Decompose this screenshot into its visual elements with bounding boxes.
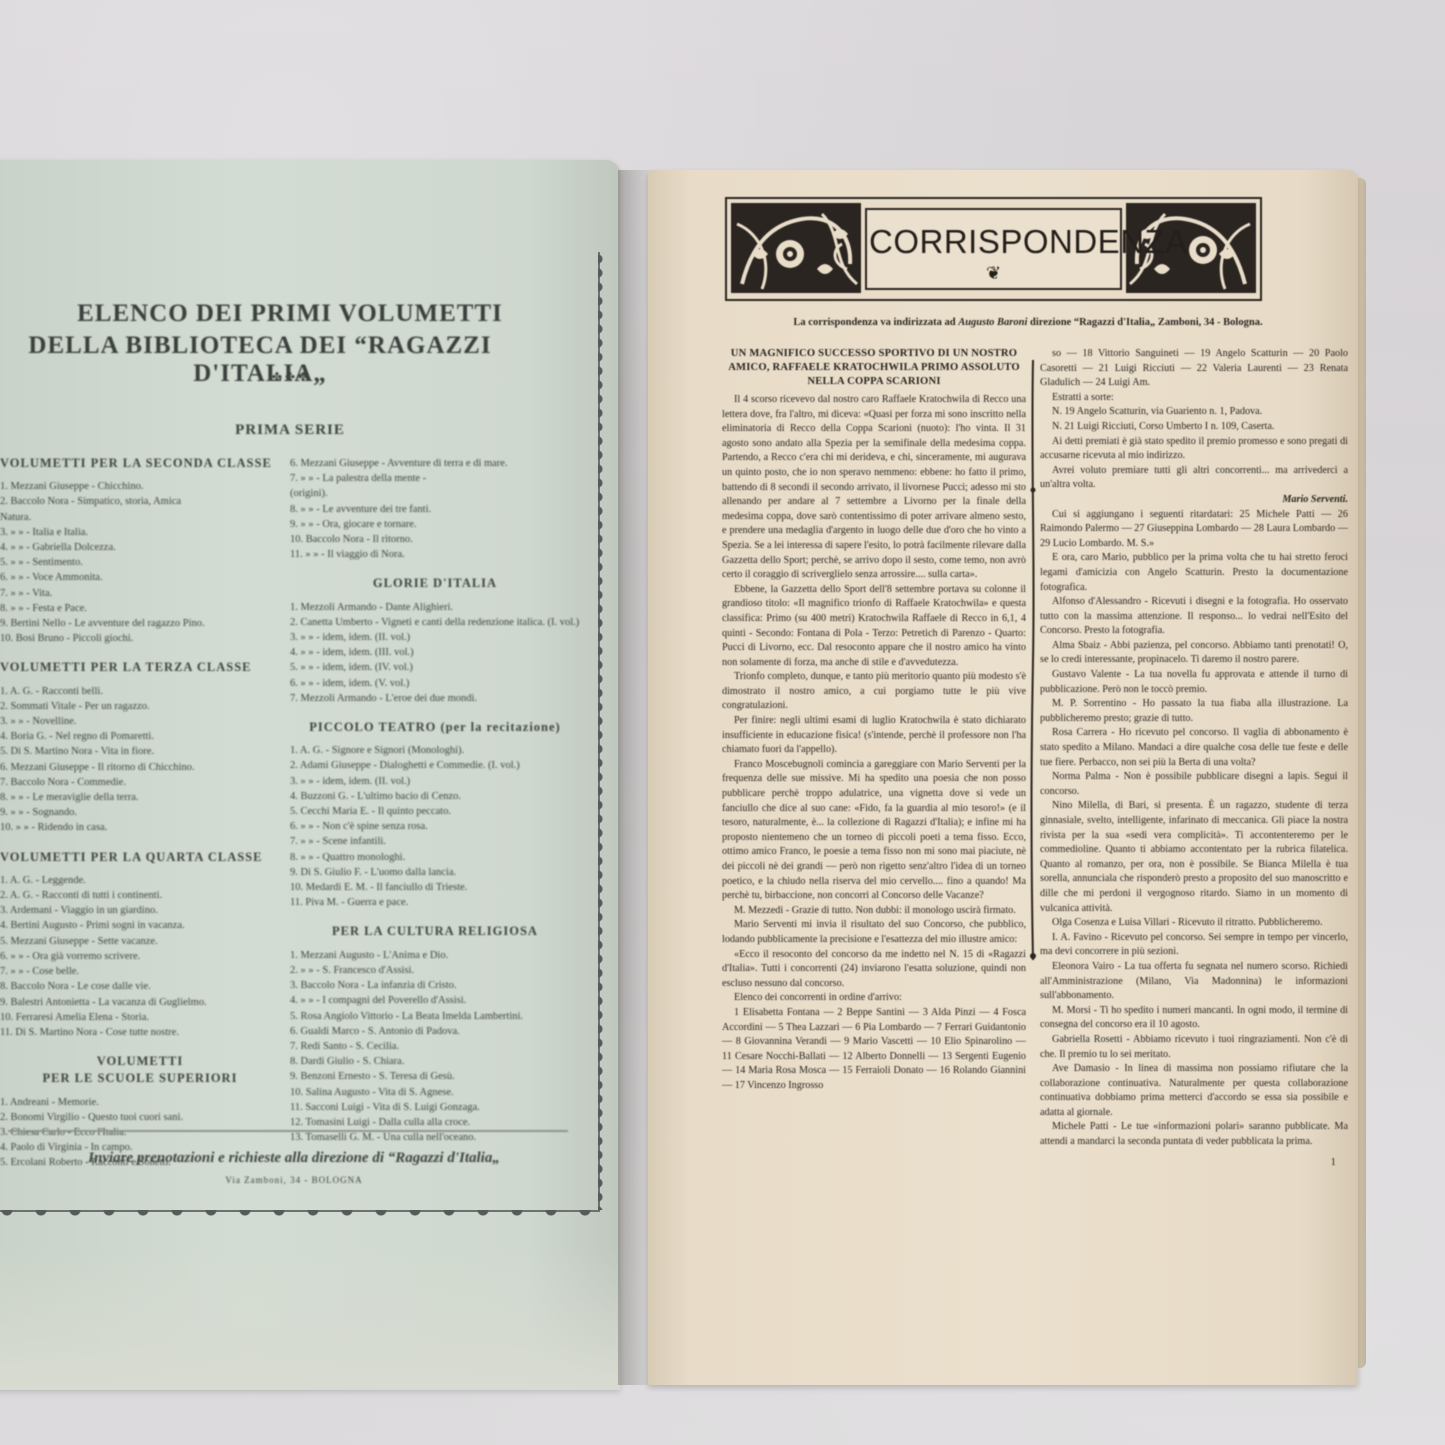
- book-list-item: 4. » » - idem, idem. (III. vol.): [290, 645, 580, 660]
- section-title: CORRISPONDENZA: [869, 223, 1118, 261]
- book-list-item: 1. A. G. - Leggende.: [0, 873, 280, 888]
- footer-order-info: Inviare prenotazioni e richieste alla di…: [0, 1150, 598, 1167]
- letter-paragraph: Alma Sbaiz - Abbi pazienza, pel concorso…: [1040, 639, 1348, 668]
- book-list-item: 11. Piva M. - Guerra e pace.: [290, 895, 580, 910]
- book-list-item: 7. » » - Cose belle.: [0, 964, 280, 979]
- section-heading: VOLUMETTI PER LA SECONDA CLASSE: [0, 456, 280, 471]
- book-list-item: 8. » » - Le avventure dei tre fanti.: [290, 502, 580, 517]
- book-list-item: 7. Redi Santo - S. Cecilia.: [290, 1039, 580, 1054]
- section-heading: VOLUMETTI: [0, 1054, 280, 1069]
- book-list-item: 10. » » - Ridendo in casa.: [0, 820, 280, 835]
- letter-paragraph: Ai detti premiati è già stato spedito il…: [1040, 435, 1348, 464]
- book-list-item: 10. Bosi Bruno - Piccoli giochi.: [0, 631, 280, 646]
- book-list-item: 9. Bertini Nello - Le avventure del raga…: [0, 616, 280, 631]
- signature: Mario Serventi.: [1040, 493, 1348, 508]
- book-list-item: 2. Baccolo Nora - Simpatico, storia, Ami…: [0, 494, 280, 509]
- list-footer: Inviare prenotazioni e richieste alla di…: [0, 1150, 598, 1185]
- left-page-content: ELENCO DEI PRIMI VOLUMETTI DELLA BIBLIOT…: [0, 160, 590, 1390]
- book-list-item: 1. A. G. - Signore e Signori (Monologhi)…: [290, 743, 580, 758]
- section-heading: VOLUMETTI PER LA QUARTA CLASSE: [0, 850, 280, 865]
- book-list-item: 1. Mezzani Augusto - L'Anima e Dio.: [290, 948, 580, 963]
- column-divider-ornament: [1030, 360, 1036, 960]
- book-list-item: 3. Baccolo Nora - La infanzia di Cristo.: [290, 978, 580, 993]
- book-list-item: 8. Baccolo Nora - Le cose dalle vie.: [0, 979, 280, 994]
- book-list-item: 7. » » - Vita.: [0, 586, 280, 601]
- footer-address: Via Zamboni, 34 - BOLOGNA: [0, 1175, 598, 1185]
- address-prefix: La corrispondenza va indirizzata ad: [793, 317, 955, 328]
- book-list-item: 13. Tomaselli G. M. - Una culla nell'oce…: [290, 1130, 580, 1145]
- section-heading: PER LA CULTURA RELIGIOSA: [290, 924, 580, 939]
- letter-paragraph: so — 18 Vittorio Sanguineti — 19 Angelo …: [1040, 347, 1348, 391]
- book-list-item: 10. Ferraresi Amelia Elena - Storia.: [0, 1010, 280, 1025]
- book-list-item: 7. Baccolo Nora - Commedie.: [0, 775, 280, 790]
- book-list-item: 4. » » - I compagni del Poverello d'Assi…: [290, 993, 580, 1008]
- book-list-item: 4. Buzzoni G. - L'ultimo bacio di Cenzo.: [290, 789, 580, 804]
- series-heading: PRIMA SERIE: [0, 422, 590, 439]
- book-list-item: 3. » » - Novelline.: [0, 714, 280, 729]
- book-list-item: 8. » » - Le meraviglie della terra.: [0, 790, 280, 805]
- book-list-item: 1. Andreani - Memorie.: [0, 1095, 280, 1110]
- article-headline: UN MAGNIFICO SUCCESSO SPORTIVO DI UN NOS…: [722, 347, 1026, 389]
- book-list-item: 1. A. G. - Racconti belli.: [0, 684, 280, 699]
- letter-paragraph: M. Morsi - Ti ho spedito i numeri mancan…: [1040, 1004, 1348, 1033]
- book-list-item: 9. Benzoni Ernesto - S. Teresa di Gesù.: [290, 1069, 580, 1084]
- article-paragraph: Elenco dei concorrenti in ordine d'arriv…: [722, 991, 1026, 1006]
- letter-paragraph: Avrei voluto premiare tutti gli altri co…: [1040, 464, 1348, 493]
- letter-paragraph: I. A. Favino - Ricevuto pel concorso. Se…: [1040, 931, 1348, 960]
- list-title-line1: ELENCO DEI PRIMI VOLUMETTI: [0, 300, 590, 328]
- ornament: ✤ ✤ ✤: [0, 370, 590, 385]
- book-list-item: 8. Dardi Giulio - S. Chiara.: [290, 1054, 580, 1069]
- book-list-item: 4. Boria G. - Nel regno di Pomaretti.: [0, 729, 280, 744]
- book-list-item: 2. Sommati Vitale - Per un ragazzo.: [0, 699, 280, 714]
- correspondence-address: La corrispondenza va indirizzata ad Augu…: [708, 317, 1348, 328]
- section-heading: VOLUMETTI PER LA TERZA CLASSE: [0, 660, 280, 675]
- book-list-item: 2. Adami Giuseppe - Dialoghetti e Commed…: [290, 758, 580, 773]
- letter-paragraph: Nino Milella, di Bari, si presenta. È un…: [1040, 799, 1348, 916]
- book-list-item: 2. Canetta Umberto - Vigneti e canti del…: [290, 615, 580, 630]
- section-heading: GLORIE D'ITALIA: [290, 576, 580, 591]
- book-list-item: 6. Mezzani Giuseppe - Il ritorno di Chic…: [0, 760, 280, 775]
- letter-paragraph: M. P. Sorrentino - Ho passato la tua fia…: [1040, 697, 1348, 726]
- book-list-item: 2. A. G. - Racconti di tutti i continent…: [0, 888, 280, 903]
- book-list-item: 6. » » - idem, idem. (V. vol.): [290, 676, 580, 691]
- letter-paragraph: Gabriella Rosetti - Abbiamo ricevuto i t…: [1040, 1033, 1348, 1062]
- article-paragraph: Trionfo completo, dunque, e tanto più me…: [722, 670, 1026, 714]
- book-list-item: 11. Sacconi Luigi - Vita di S. Luigi Gon…: [290, 1100, 580, 1115]
- article-paragraph: Per finire: negli ultimi esami di luglio…: [722, 714, 1026, 758]
- book-list-item: 1. Mezzani Giuseppe - Chicchino.: [0, 479, 280, 494]
- book-list-item: 5. Cecchi Maria E. - Il quinto peccato.: [290, 804, 580, 819]
- book-list-item: 4. » » - Gabriella Dolcezza.: [0, 540, 280, 555]
- book-list-item: 6. » » - Ora già vorremo scrivere.: [0, 949, 280, 964]
- article-paragraph: Ebbene, la Gazzetta dello Sport dell'8 s…: [722, 583, 1026, 671]
- book-list-item: 6. » » - Non c'è spine senza rosa.: [290, 819, 580, 834]
- book-list-item: 5. » » - idem, idem. (IV. vol.): [290, 660, 580, 675]
- letter-paragraph: Gustavo Valente - La tua novella fu appr…: [1040, 668, 1348, 697]
- book-list-item: 10. Baccolo Nora - Il ritorno.: [290, 532, 580, 547]
- divider-rule: [8, 1130, 568, 1132]
- book-list-item: 9. Balestri Antonietta - La vacanza di G…: [0, 995, 280, 1010]
- letter-paragraph: N. 21 Luigi Ricciuti, Corso Umberto I n.…: [1040, 420, 1348, 435]
- book-list-item: 7. Mezzoli Armando - L'eroe dei due mond…: [290, 691, 580, 706]
- book-list-item: 6. Gualdi Marco - S. Antonio di Padova.: [290, 1024, 580, 1039]
- editor-name: Augusto Baroni: [958, 317, 1027, 328]
- book-list-item: 3. » » - idem, idem. (II. vol.): [290, 774, 580, 789]
- address-suffix: direzione “Ragazzi d'Italia„ Zamboni, 34…: [1030, 317, 1263, 328]
- article-paragraph: Il 4 scorso ricevevo dal nostro caro Raf…: [722, 393, 1026, 583]
- book-list-item: 5. » » - Sentimento.: [0, 555, 280, 570]
- book-list-item: 2. Bonomi Virgilio - Questo tuoi cuori s…: [0, 1110, 280, 1125]
- book-list-item: 8. » » - Festa e Pace.: [0, 601, 280, 616]
- book-list-item: 1. Mezzoli Armando - Dante Alighieri.: [290, 600, 580, 615]
- book-list-item: Natura.: [0, 510, 280, 525]
- letter-paragraph: Alfonso d'Alessandro - Ricevuti i disegn…: [1040, 595, 1348, 639]
- letter-paragraph: Rosa Carrera - Ho ricevuto pel concorso.…: [1040, 726, 1348, 770]
- list-column-right: 6. Mezzani Giuseppe - Avventure di terra…: [290, 456, 580, 1145]
- book-list-item: 11. » » - Il viaggio di Nora.: [290, 547, 580, 562]
- letter-paragraph: Norma Palma - Non è possibile pubblicare…: [1040, 770, 1348, 799]
- letter-paragraph: Eleonora Vairo - La tua offerta fu segna…: [1040, 960, 1348, 1004]
- book-list-item: 7. » » - Scene infantili.: [290, 834, 580, 849]
- page-number: 1: [1331, 1156, 1337, 1168]
- book-list-item: 5. Rosa Angiolo Vittorio - La Beata Imel…: [290, 1009, 580, 1024]
- corrispondenza-banner: CORRISPONDENZA ❦: [725, 197, 1262, 301]
- article-paragraph: Mario Serventi mi invia il risultato del…: [722, 918, 1026, 947]
- article-column-left: UN MAGNIFICO SUCCESSO SPORTIVO DI UN NOS…: [722, 347, 1026, 1094]
- book-list-item: 3. Ardemani - Viaggio in un giardino.: [0, 903, 280, 918]
- book-list-item: 6. » » - Voce Ammonita.: [0, 570, 280, 585]
- letter-paragraph: Cui si aggiungano i seguenti ritardatari…: [1040, 508, 1348, 552]
- section-heading: PER LE SCUOLE SUPERIORI: [0, 1071, 280, 1086]
- book-list-item: 9. Di S. Giulio F. - L'uomo dalla lancia…: [290, 865, 580, 880]
- book-list-item: (origini).: [290, 486, 580, 501]
- article-paragraph: «Ecco il resoconto del concorso da me in…: [722, 948, 1026, 992]
- letter-paragraph: Ave Damasio - In linea di massima non po…: [1040, 1062, 1348, 1120]
- article-paragraph: 1 Elisabetta Fontana — 2 Beppe Santini —…: [722, 1006, 1026, 1094]
- letter-paragraph: Michele Patti - Le tue «informazioni pol…: [1040, 1120, 1348, 1149]
- right-page-content: CORRISPONDENZA ❦ La corrispondenza va in…: [648, 170, 1358, 1385]
- book-list-item: 5. Di S. Martino Nora - Vita in fiore.: [0, 744, 280, 759]
- article-paragraph: M. Mezzedi - Grazie di tutto. Non dubbi:…: [722, 904, 1026, 919]
- right-page: CORRISPONDENZA ❦ La corrispondenza va in…: [648, 170, 1358, 1385]
- page-bottom-margin: [0, 1250, 620, 1390]
- section-heading: PICCOLO TEATRO (per la recitazione): [290, 720, 580, 735]
- letter-paragraph: Olga Cosenza e Luisa Villari - Ricevuto …: [1040, 916, 1348, 931]
- book-list-item: 8. » » - Quattro monologhi.: [290, 850, 580, 865]
- letter-paragraph: Estratti a sorte:: [1040, 391, 1348, 406]
- list-column-left: VOLUMETTI PER LA SECONDA CLASSE 1. Mezza…: [0, 442, 280, 1171]
- book-list-item: 9. » » - Sognando.: [0, 805, 280, 820]
- book-list-item: 3. » » - idem, idem. (II. vol.): [290, 630, 580, 645]
- book-list-item: 12. Tomasini Luigi - Dalla culla alla cr…: [290, 1115, 580, 1130]
- book-list-item: 10. Salina Augusto - Vita di S. Agnese.: [290, 1085, 580, 1100]
- letters-column-right: so — 18 Vittorio Sanguineti — 19 Angelo …: [1040, 347, 1348, 1150]
- left-page: ELENCO DEI PRIMI VOLUMETTI DELLA BIBLIOT…: [0, 160, 620, 1390]
- book-list-item: 11. Di S. Martino Nora - Cose tutte nost…: [0, 1025, 280, 1040]
- letter-paragraph: N. 19 Angelo Scatturin, via Guariento n.…: [1040, 405, 1348, 420]
- book-list-item: 7. » » - La palestra della mente -: [290, 471, 580, 486]
- book-list-item: 10. Medardi E. M. - Il fanciullo di Trie…: [290, 880, 580, 895]
- letter-paragraph: E ora, caro Mario, pubblico per la prima…: [1040, 551, 1348, 595]
- book-list-item: 5. Mezzani Giuseppe - Sette vacanze.: [0, 934, 280, 949]
- book-list-item: 9. » » - Ora, giocare e tornare.: [290, 517, 580, 532]
- book-list-item: 4. Bertini Augusto - Primi sogni in vaca…: [0, 918, 280, 933]
- scalloped-border-right: [598, 252, 608, 1210]
- book-list-item: 3. Chiesa Carlo - Ecco l'Italia.: [0, 1125, 280, 1140]
- book-list-item: 2. » » - S. Francesco d'Assisi.: [290, 963, 580, 978]
- book-list-item: 3. » » - Italia e Italia.: [0, 525, 280, 540]
- fleuron-icon: ❦: [727, 263, 1260, 284]
- article-paragraph: Franco Moscebugnoli comincia a gareggiar…: [722, 758, 1026, 904]
- book-list-item: 6. Mezzani Giuseppe - Avventure di terra…: [290, 456, 580, 471]
